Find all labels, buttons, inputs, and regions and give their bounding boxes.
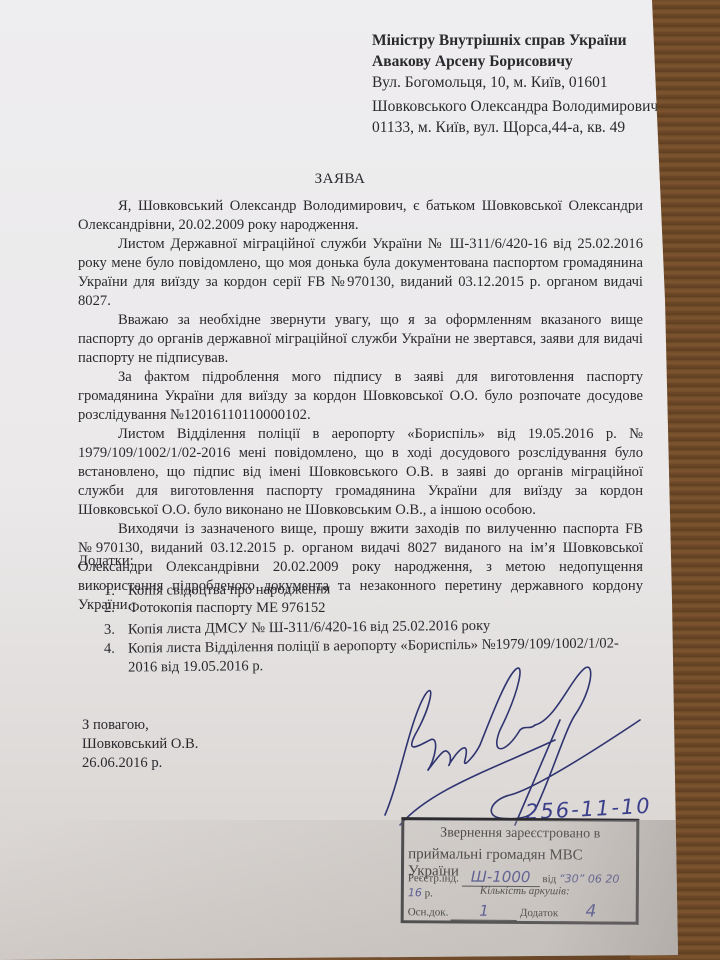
attachment-text: Копія листа ДМСУ № Ш-311/6/420-16 від 25…	[128, 618, 490, 638]
addressee-block: Міністру Внутрішніх справ України Аваков…	[372, 30, 627, 93]
sender-name: Шовковського Олександра Володимировича	[372, 96, 665, 117]
paragraph: Вважаю за необхідне звернути увагу, що я…	[78, 311, 643, 368]
attachment-number: 2.	[104, 599, 115, 618]
closing-block: З повагою, Шовковський О.В. 26.06.2016 р…	[82, 716, 198, 773]
paragraph: Листом Відділення поліції в аеропорту «Б…	[78, 425, 643, 520]
stamp-main-doc-value: 1	[451, 902, 517, 921]
closing-regards: З повагою,	[82, 716, 198, 735]
document-title: ЗАЯВА	[0, 171, 680, 188]
stamp-date-suffix: р.	[425, 887, 433, 899]
attachments-label: Додатки:	[78, 553, 134, 570]
stamp-attachment-label: Додаток	[520, 907, 558, 919]
stamp-sheets-label: Кількість аркушів:	[480, 885, 570, 898]
attachment-text: Копія свідоцтва про народження	[128, 581, 330, 598]
addressee-address: Вул. Богомольця, 10, м. Київ, 01601	[372, 72, 627, 93]
attachment-item: 1.Копія свідоцтва про народження	[104, 578, 644, 601]
registration-stamp: Звернення зареєстровано в приймальні гро…	[401, 817, 640, 925]
stamp-reg-label: Реєстр.інд.	[408, 872, 459, 884]
stamp-main-doc-label: Осн.док.	[408, 906, 449, 918]
stamp-line-1: Звернення зареєстровано в	[404, 825, 636, 843]
attachment-text: Фотокопія паспорту МЕ 976152	[128, 600, 325, 616]
stamp-attachment-value: 4	[561, 901, 621, 922]
document-body: Я, Шовковський Олександр Володимирович, …	[78, 197, 643, 615]
paragraph: Я, Шовковський Олександр Володимирович, …	[78, 197, 643, 235]
sender-address: 01133, м. Київ, вул. Щорса,44-а, кв. 49	[372, 117, 665, 138]
paragraph: За фактом підроблення мого підпису в зая…	[78, 368, 643, 425]
attachment-number: 3.	[104, 621, 115, 640]
addressee-name: Авакову Арсену Борисовичу	[372, 51, 627, 72]
closing-name: Шовковський О.В.	[82, 735, 198, 754]
closing-date: 26.06.2016 р.	[82, 754, 198, 773]
paragraph: Листом Державної міграційної служби Укра…	[78, 235, 643, 311]
document-page: Міністру Внутрішніх справ України Аваков…	[0, 0, 680, 960]
stamp-date-label: від	[542, 873, 556, 885]
sender-block: Шовковського Олександра Володимировича 0…	[372, 96, 665, 138]
attachment-number: 4.	[104, 640, 115, 659]
stamp-count-row: Осн.док. 1 Додаток 4	[408, 900, 632, 923]
addressee-title: Міністру Внутрішніх справ України	[372, 30, 627, 51]
